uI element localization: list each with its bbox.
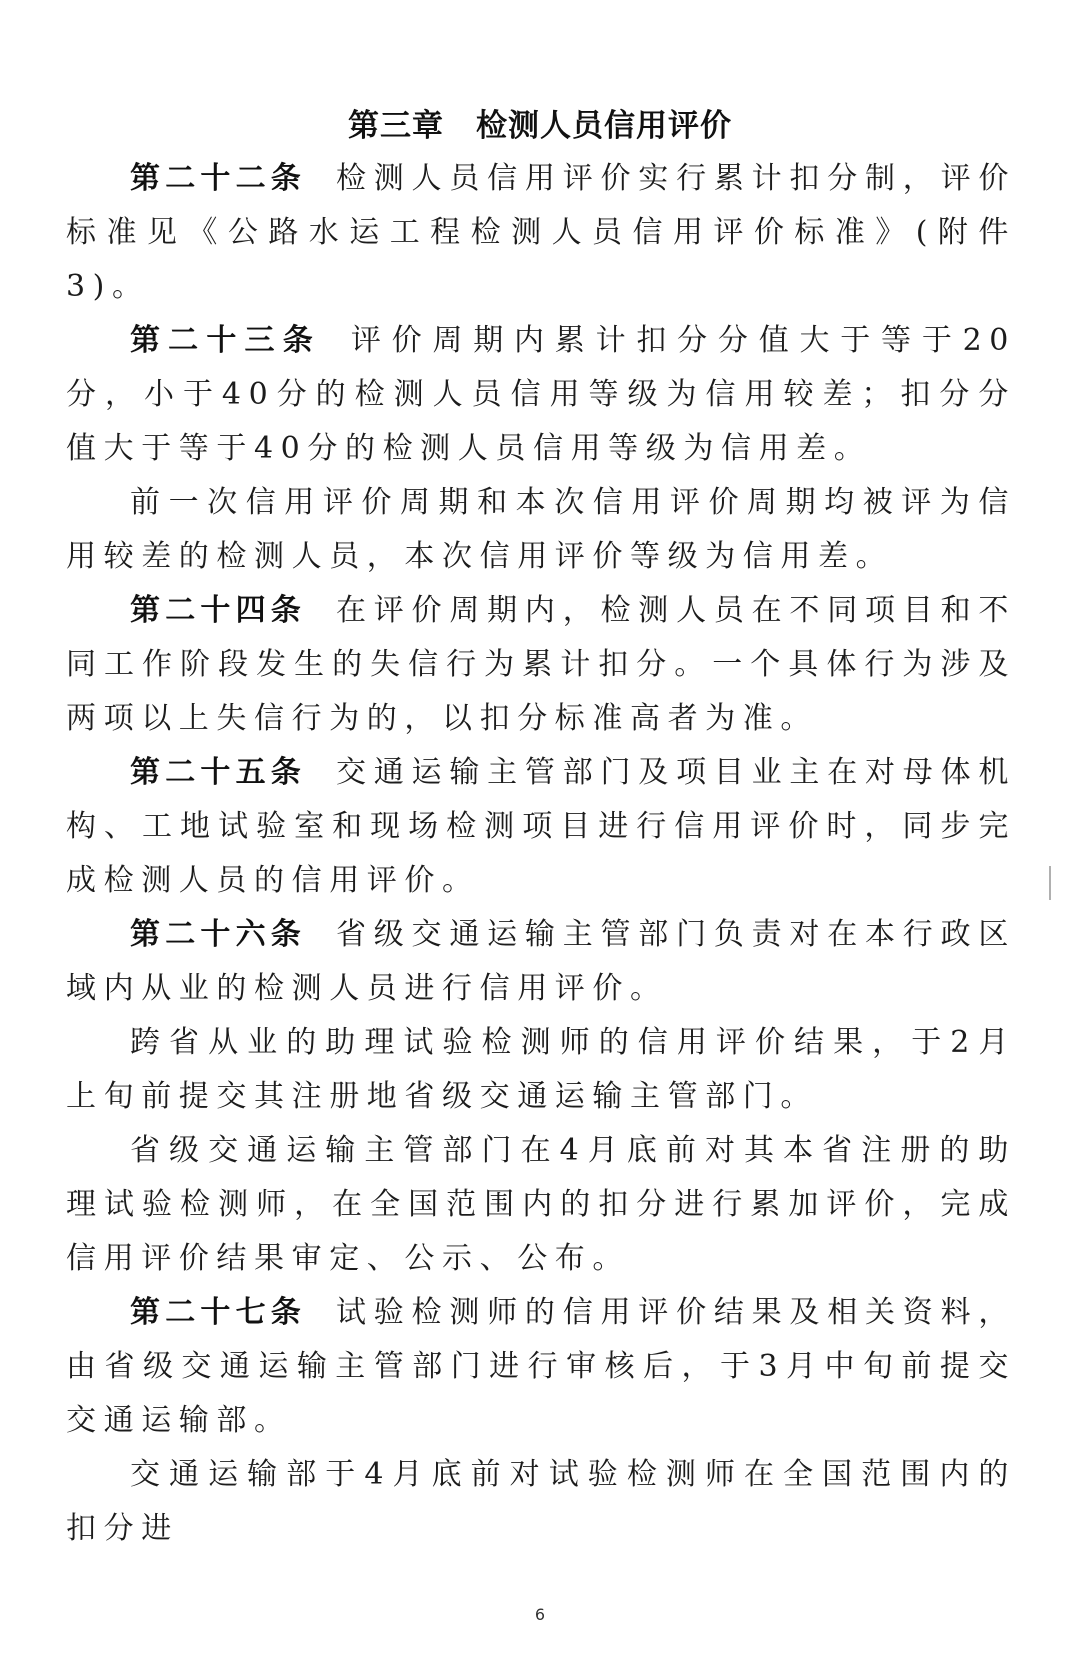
paragraph-text: 跨省从业的助理试验检测师的信用评价结果，于2月上旬前提交其注册地省级交通运输主管…	[66, 1025, 1016, 1114]
article-26-clause-3: 省级交通运输主管部门在4月底前对其本省注册的助理试验检测师，在全国范围内的扣分进…	[66, 1124, 1016, 1286]
article-label: 第二十六条	[130, 917, 306, 952]
article-27: 第二十七条试验检测师的信用评价结果及相关资料，由省级交通运输主管部门进行审核后，…	[66, 1286, 1016, 1448]
article-27-clause-2: 交通运输部于4月底前对试验检测师在全国范围内的扣分进	[66, 1448, 1016, 1556]
paragraph-text: 前一次信用评价周期和本次信用评价周期均被评为信用较差的检测人员，本次信用评价等级…	[66, 485, 1016, 574]
article-26-clause-2: 跨省从业的助理试验检测师的信用评价结果，于2月上旬前提交其注册地省级交通运输主管…	[66, 1016, 1016, 1124]
article-label: 第二十三条	[130, 323, 321, 358]
page-number: 6	[0, 1605, 1080, 1624]
scan-artifact-line	[1049, 866, 1051, 900]
chapter-title: 第三章 检测人员信用评价	[0, 100, 1080, 145]
paragraph-text: 省级交通运输主管部门在4月底前对其本省注册的助理试验检测师，在全国范围内的扣分进…	[66, 1133, 1016, 1276]
article-23: 第二十三条评价周期内累计扣分分值大于等于20分，小于40分的检测人员信用等级为信…	[66, 314, 1016, 476]
document-page: 第三章 检测人员信用评价 第二十二条检测人员信用评价实行累计扣分制，评价标准见《…	[0, 0, 1080, 1671]
article-26: 第二十六条省级交通运输主管部门负责对在本行政区域内从业的检测人员进行信用评价。	[66, 908, 1016, 1016]
article-22: 第二十二条检测人员信用评价实行累计扣分制，评价标准见《公路水运工程检测人员信用评…	[66, 152, 1016, 314]
paragraph-text: 交通运输部于4月底前对试验检测师在全国范围内的扣分进	[66, 1457, 1016, 1546]
article-label: 第二十二条	[130, 161, 306, 196]
article-23-clause-2: 前一次信用评价周期和本次信用评价周期均被评为信用较差的检测人员，本次信用评价等级…	[66, 476, 1016, 584]
document-body: 第二十二条检测人员信用评价实行累计扣分制，评价标准见《公路水运工程检测人员信用评…	[66, 152, 1016, 1556]
article-label: 第二十四条	[130, 593, 306, 628]
article-25: 第二十五条交通运输主管部门及项目业主在对母体机构、工地试验室和现场检测项目进行信…	[66, 746, 1016, 908]
article-24: 第二十四条在评价周期内，检测人员在不同项目和不同工作阶段发生的失信行为累计扣分。…	[66, 584, 1016, 746]
article-label: 第二十五条	[130, 755, 306, 790]
article-label: 第二十七条	[130, 1295, 306, 1330]
